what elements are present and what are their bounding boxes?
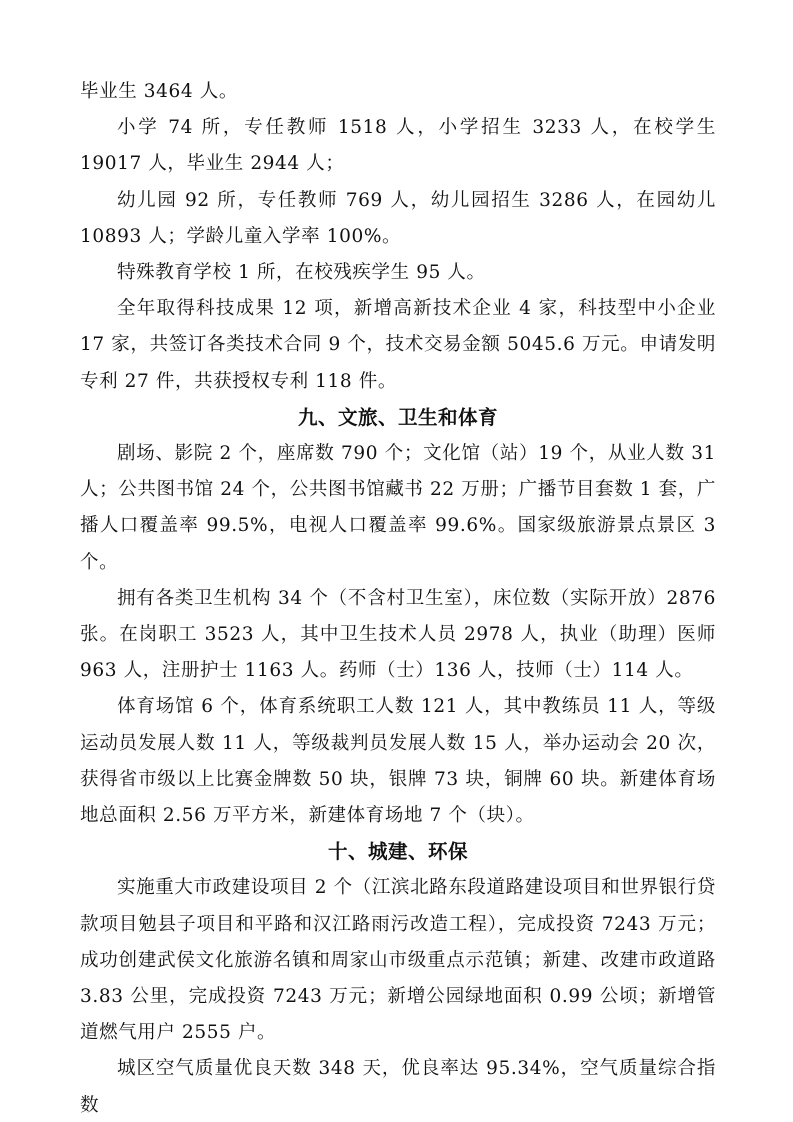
paragraph-culture-tourism: 剧场、影院 2 个，座席数 790 个；文化馆（站）19 个，从业人数 31 人… [80,436,716,581]
document-page: 毕业生 3464 人。 小学 74 所，专任教师 1518 人，小学招生 323… [80,74,716,1122]
section-heading-urban-construction-environment: 十、城建、环保 [80,834,716,870]
paragraph-primary-schools: 小学 74 所，专任教师 1518 人，小学招生 3233 人，在校学生 190… [80,110,716,182]
paragraph-special-education: 特殊教育学校 1 所，在校残疾学生 95 人。 [80,255,716,291]
paragraph-sports: 体育场馆 6 个，体育系统职工人数 121 人，其中教练员 11 人，等级运动员… [80,689,716,834]
paragraph-health: 拥有各类卫生机构 34 个（不含村卫生室），床位数（实际开放）2876 张。在岗… [80,581,716,690]
paragraph-science-technology: 全年取得科技成果 12 项，新增高新技术企业 4 家，科技型中小企业 17 家，… [80,291,716,400]
paragraph-kindergartens: 幼儿园 92 所，专任教师 769 人，幼儿园招生 3286 人，在园幼儿 10… [80,183,716,255]
section-heading-culture-health-sports: 九、文旅、卫生和体育 [80,400,716,436]
paragraph-air-quality: 城区空气质量优良天数 348 天，优良率达 95.34%，空气质量综合指数 [80,1051,716,1122]
paragraph-graduates-continued: 毕业生 3464 人。 [80,74,716,110]
paragraph-municipal-construction: 实施重大市政建设项目 2 个（江滨北路东段道路建设项目和世界银行贷款项目勉县子项… [80,870,716,1051]
